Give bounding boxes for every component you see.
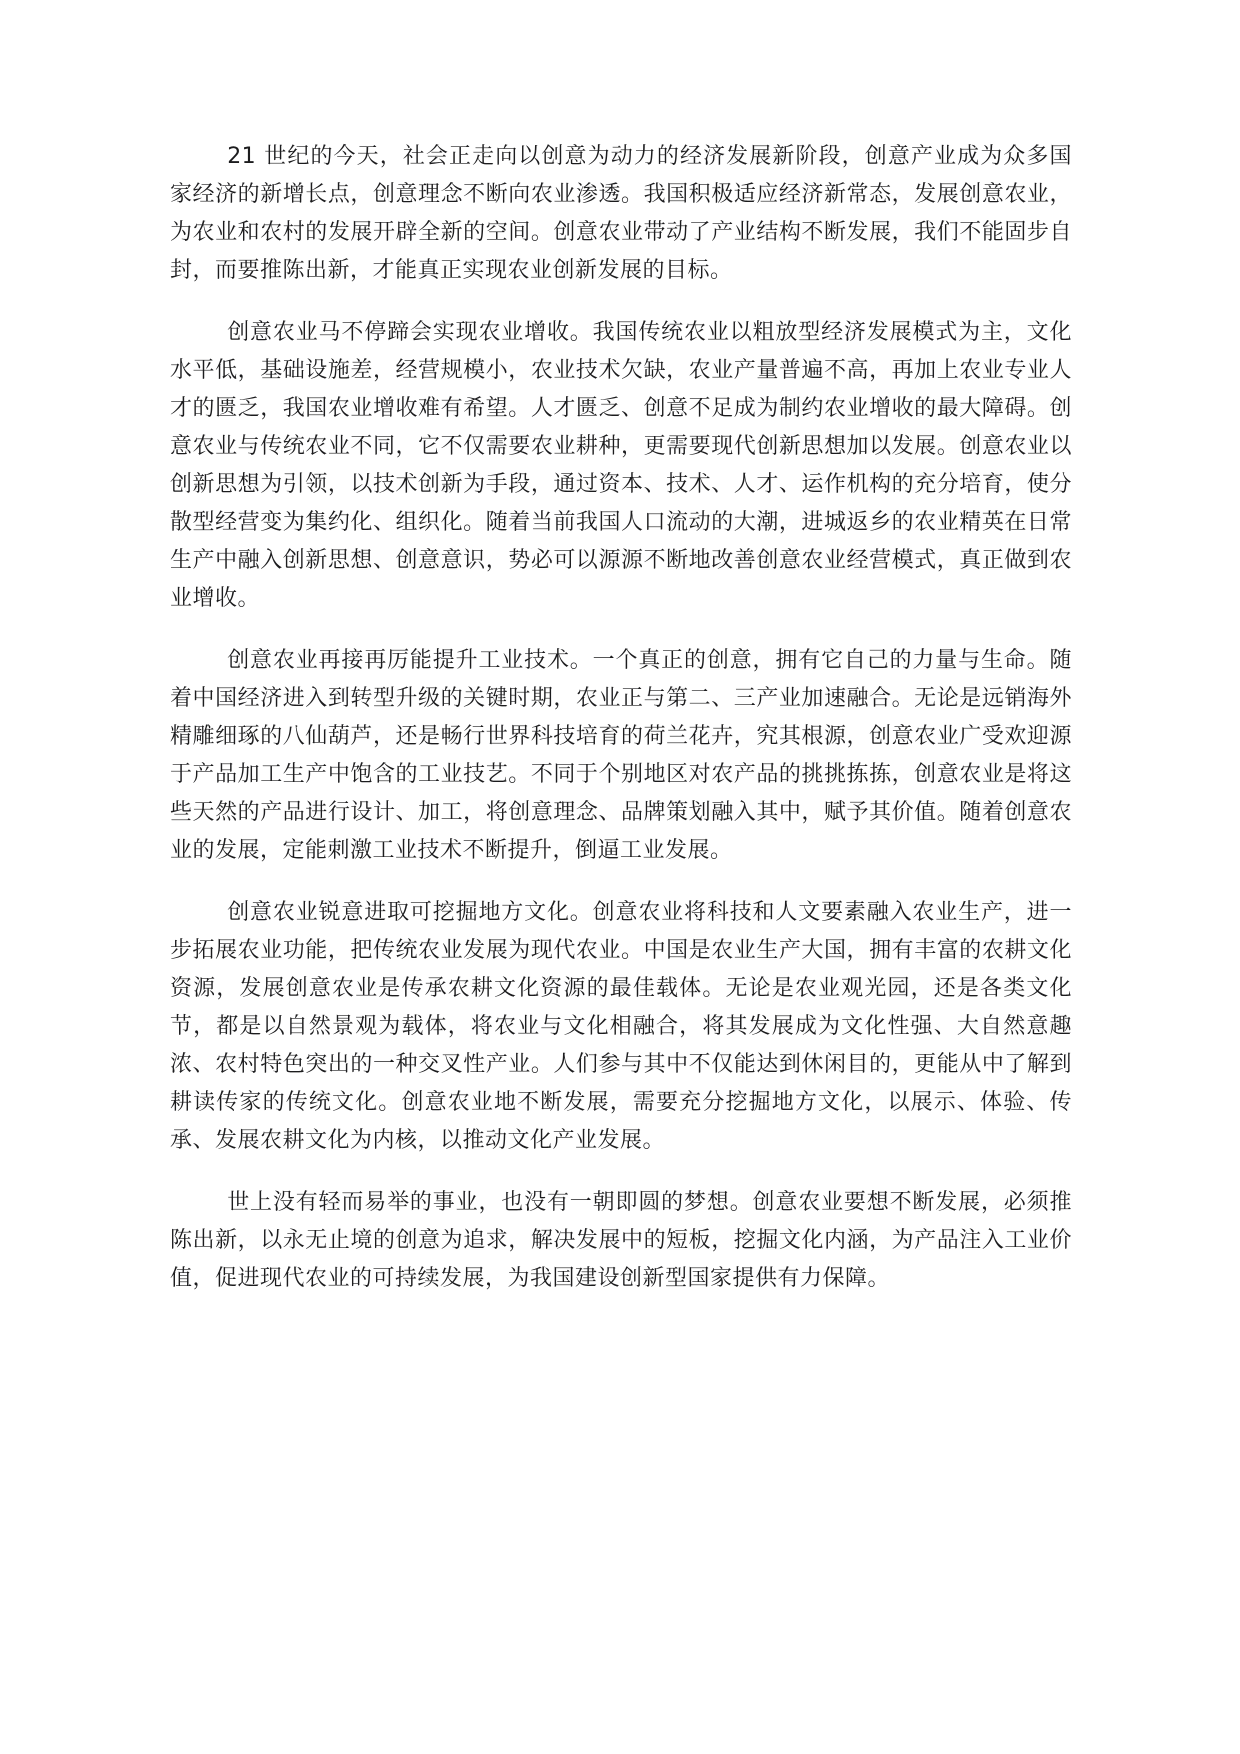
paragraph-3: 创意农业再接再厉能提升工业技术。一个真正的创意，拥有它自己的力量与生命。随着中国…: [170, 642, 1072, 870]
document-body: 21 世纪的今天，社会正走向以创意为动力的经济发展新阶段，创意产业成为众多国家经…: [170, 138, 1072, 1298]
paragraph-1: 21 世纪的今天，社会正走向以创意为动力的经济发展新阶段，创意产业成为众多国家经…: [170, 138, 1072, 290]
paragraph-2: 创意农业马不停蹄会实现农业增收。我国传统农业以粗放型经济发展模式为主，文化水平低…: [170, 314, 1072, 618]
paragraph-4: 创意农业锐意进取可挖掘地方文化。创意农业将科技和人文要素融入农业生产，进一步拓展…: [170, 894, 1072, 1160]
document-page: 21 世纪的今天，社会正走向以创意为动力的经济发展新阶段，创意产业成为众多国家经…: [0, 0, 1240, 1754]
paragraph-5: 世上没有轻而易举的事业，也没有一朝即圆的梦想。创意农业要想不断发展，必须推陈出新…: [170, 1184, 1072, 1298]
